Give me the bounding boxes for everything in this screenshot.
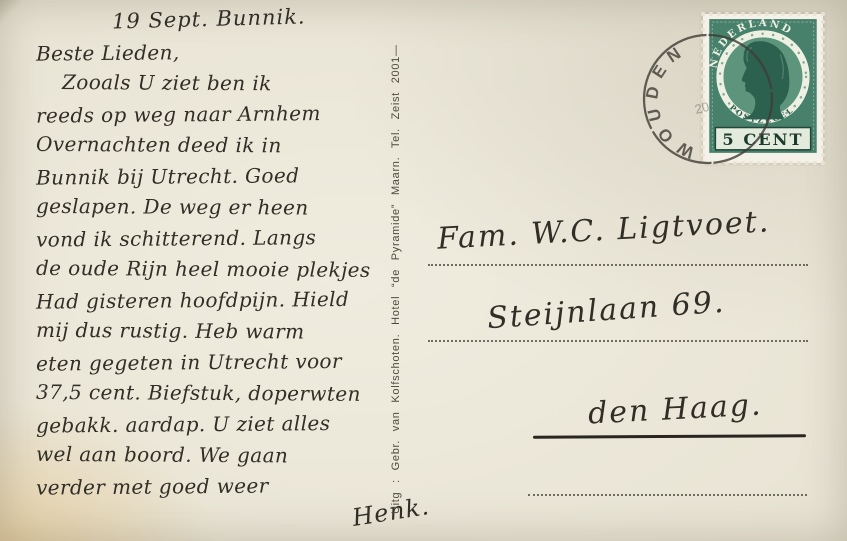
- address-dotted-rule-3: [528, 494, 807, 496]
- message-line: Had gisteren hoofdpijn. Hield: [36, 283, 408, 317]
- postcard-scan: 19 Sept. Bunnik. Beste Lieden, Zooals U …: [0, 0, 847, 541]
- message-line: geslapen. De weg er heen: [36, 191, 408, 224]
- postmark-town-text: WOUDEN: [642, 39, 697, 162]
- address-dotted-rule-2: [428, 340, 808, 342]
- postmark-cancel: WOUDEN 20: [630, 22, 800, 192]
- publisher-imprint: Uitg : Gebr. van Kolfschoten. Hotel “de …: [390, 44, 402, 514]
- message-line: de oude Rijn heel mooie plekjes: [36, 253, 408, 286]
- message-line: mij dus rustig. Heb warm: [36, 315, 408, 348]
- message-line: Zooals U ziet ben ik: [36, 67, 408, 100]
- date-place-line: 19 Sept. Bunnik.: [112, 4, 306, 33]
- message-line: reeds op weg naar Arnhem: [36, 97, 408, 131]
- postmark-date-fragment: 20: [693, 99, 711, 117]
- address-recipient-line: Fam. W.C. Ligtvoet.: [436, 204, 771, 256]
- message-line: verder met goed weer: [36, 469, 408, 503]
- address-underline-solid: [533, 434, 806, 439]
- message-line: Overnachten deed ik in: [36, 129, 408, 162]
- message-line: vond ik schitterend. Langs: [36, 221, 408, 255]
- message-line: wel aan boord. We gaan: [36, 439, 408, 472]
- address-street-line: Steijnlaan 69.: [486, 285, 726, 337]
- postmark-town-arc: WOUDEN: [642, 39, 697, 162]
- message-line: 37,5 cent. Biefstuk, doperwten: [36, 377, 408, 410]
- address-dotted-rule-1: [428, 264, 808, 266]
- message-line: Bunnik bij Utrecht. Goed: [36, 159, 408, 193]
- salutation-line: Beste Lieden,: [36, 35, 408, 69]
- message-block: Beste Lieden, Zooals U ziet ben ik reeds…: [36, 37, 408, 502]
- message-line: gebakk. aardap. U ziet alles: [36, 407, 408, 441]
- address-city-line: den Haag.: [587, 387, 763, 431]
- message-line: eten gegeten in Utrecht voor: [36, 345, 408, 379]
